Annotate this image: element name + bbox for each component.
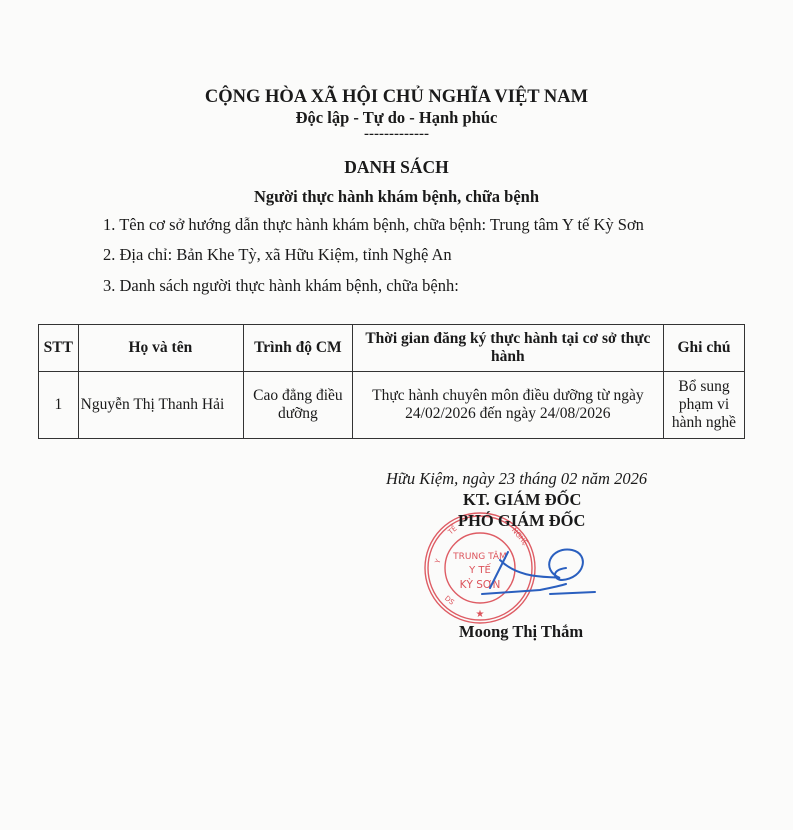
header-note: Ghi chú <box>664 325 745 372</box>
table-header-row: STT Họ và tên Trình độ CM Thời gian đăng… <box>39 325 745 372</box>
document-title: DANH SÁCH <box>0 157 793 178</box>
header-period: Thời gian đăng ký thực hành tại cơ sở th… <box>352 325 663 372</box>
item-address: 2. Địa chỉ: Bản Khe Tỳ, xã Hữu Kiệm, tỉn… <box>103 245 452 265</box>
cell-note: Bổ sung phạm vi hành nghề <box>664 372 745 439</box>
cell-period: Thực hành chuyên môn điều dưỡng từ ngày … <box>352 372 663 439</box>
item-facility: 1. Tên cơ sở hướng dẫn thực hành khám bệ… <box>103 215 644 235</box>
signature-title-2: PHÓ GIÁM ĐỐC <box>458 511 585 531</box>
separator: ------------- <box>0 126 793 143</box>
cell-stt: 1 <box>39 372 79 439</box>
practitioner-table: STT Họ và tên Trình độ CM Thời gian đăng… <box>38 324 745 439</box>
motto: Độc lập - Tự do - Hạnh phúc <box>0 108 793 128</box>
header-name: Họ và tên <box>78 325 243 372</box>
cell-qualification: Cao đẳng điều dưỡng <box>244 372 353 439</box>
svg-text:DS: DS <box>443 594 456 607</box>
table-row: 1 Nguyễn Thị Thanh Hải Cao đẳng điều dưỡ… <box>39 372 745 439</box>
item-list-label: 3. Danh sách người thực hành khám bệnh, … <box>103 276 459 296</box>
svg-text:★: ★ <box>476 609 485 620</box>
document-subtitle: Người thực hành khám bệnh, chữa bệnh <box>0 187 793 207</box>
header-stt: STT <box>39 325 79 372</box>
signer-name: Moong Thị Thắm <box>459 622 583 642</box>
place-date: Hữu Kiệm, ngày 23 tháng 02 năm 2026 <box>386 469 647 489</box>
cell-name: Nguyễn Thị Thanh Hải <box>78 372 243 439</box>
header-qualification: Trình độ CM <box>244 325 353 372</box>
handwritten-signature-icon <box>470 540 600 600</box>
signature-title-1: KT. GIÁM ĐỐC <box>463 490 581 510</box>
svg-text:Y: Y <box>433 557 443 565</box>
nation-heading: CỘNG HÒA XÃ HỘI CHỦ NGHĨA VIỆT NAM <box>0 87 793 108</box>
